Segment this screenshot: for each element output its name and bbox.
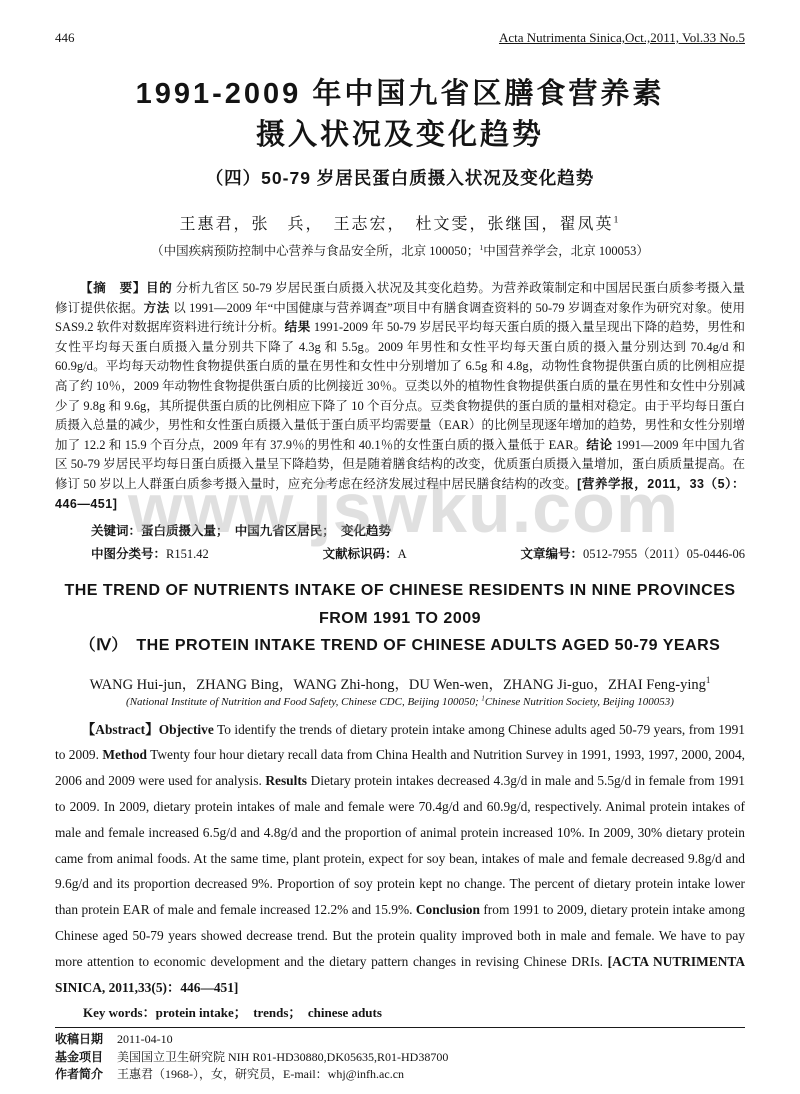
clc-number: 中图分类号：R151.42: [91, 544, 209, 562]
footnote-divider: [55, 1027, 745, 1028]
author-bio-value: 王惠君（1968-），女，研究员，E-mail：whj@infh.ac.cn: [117, 1067, 404, 1081]
article-title-en: THE TREND OF NUTRIENTS INTAKE OF CHINESE…: [55, 577, 745, 660]
abstract-cn-results-text: 1991-2009 年 50-79 岁居民平均每天蛋白质的摄入量呈现出下降的趋势…: [55, 320, 745, 452]
authors-en-names: WANG Hui-jun，ZHANG Bing，WANG Zhi-hong，DU…: [90, 677, 706, 693]
page-number: 446: [55, 30, 75, 46]
abstract-en-label: 【Abstract】: [82, 722, 159, 737]
keywords-cn-items: 蛋白质摄入量； 中国九省区居民； 变化趋势: [141, 524, 391, 538]
abstract-en-objective-head: Objective: [159, 722, 214, 737]
abstract-cn-objective-head: 目的: [146, 281, 172, 295]
article-title-en-line2: FROM 1991 TO 2009: [319, 610, 481, 627]
funding-value: 美国国立卫生研究院 NIH R01-HD30880,DK05635,R01-HD…: [117, 1050, 448, 1064]
authors-cn-superscript: 1: [614, 215, 621, 226]
abstract-cn-results-head: 结果: [285, 320, 311, 334]
clc-value: R151.42: [166, 547, 209, 561]
received-date-row: 收稿日期2011-04-10: [55, 1031, 745, 1048]
received-date-value: 2011-04-10: [117, 1032, 173, 1046]
keywords-cn: 关键词：蛋白质摄入量； 中国九省区居民； 变化趋势: [55, 521, 745, 539]
journal-title: Acta Nutrimenta Sinica,Oct.,2011, Vol.33…: [499, 30, 745, 46]
abstract-en-conclusion-head: Conclusion: [416, 902, 480, 917]
document-code-label: 文献标识码：: [323, 547, 398, 561]
article-number-label: 文章编号：: [520, 547, 583, 561]
document-page: www.jswku.com 446 Acta Nutrimenta Sinica…: [0, 0, 800, 1094]
abstract-en: 【Abstract】Objective To identify the tren…: [55, 717, 745, 1001]
keywords-cn-label: 关键词：: [91, 524, 141, 538]
clc-label: 中图分类号：: [91, 547, 166, 561]
keywords-en-label: Key words：: [83, 1005, 156, 1020]
authors-cn-names: 王惠君，张 兵， 王志宏， 杜文雯，张继国，翟凤英: [180, 216, 614, 233]
abstract-cn: 【摘 要】目的 分析九省区 50-79 岁居民蛋白质摄入状况及其变化趋势。为营养…: [55, 279, 745, 514]
affiliation-en-part1: (National Institute of Nutrition and Foo…: [126, 696, 481, 708]
affiliation-cn-part2: 中国营养学会，北京 100053）: [483, 244, 649, 258]
article-title-en-line1: THE TREND OF NUTRIENTS INTAKE OF CHINESE…: [64, 582, 735, 599]
affiliation-cn-part1: （中国疾病预防控制中心营养与食品安全所，北京 100050；: [151, 244, 479, 258]
article-title-en-line3: （Ⅳ） THE PROTEIN INTAKE TREND OF CHINESE …: [80, 637, 721, 654]
abstract-en-method-head: Method: [102, 747, 147, 762]
authors-cn: 王惠君，张 兵， 王志宏， 杜文雯，张继国，翟凤英1: [55, 211, 745, 234]
abstract-en-results-text: Dietary protein intakes decreased 4.3g/d…: [55, 773, 745, 917]
article-number-value: 0512-7955（2011）05-0446-06: [583, 547, 745, 561]
abstract-cn-label: 【摘 要】: [80, 281, 146, 295]
authors-en: WANG Hui-jun，ZHANG Bing，WANG Zhi-hong，DU…: [55, 673, 745, 694]
article-number: 文章编号：0512-7955（2011）05-0446-06: [520, 544, 745, 562]
author-bio-label: 作者简介: [55, 1067, 103, 1081]
footnote-block: 收稿日期2011-04-10 基金项目美国国立卫生研究院 NIH R01-HD3…: [55, 1031, 745, 1083]
article-title-cn: 1991-2009 年中国九省区膳食营养素 摄入状况及变化趋势: [55, 74, 745, 156]
keywords-en-items: protein intake； trends； chinese aduts: [156, 1005, 382, 1020]
document-code-value: A: [398, 547, 407, 561]
funding-row: 基金项目美国国立卫生研究院 NIH R01-HD30880,DK05635,R0…: [55, 1049, 745, 1066]
funding-label: 基金项目: [55, 1050, 103, 1064]
affiliation-en-part2: Chinese Nutrition Society, Beijing 10005…: [485, 696, 674, 708]
document-code: 文献标识码：A: [323, 544, 407, 562]
article-title-cn-line1: 1991-2009 年中国九省区膳食营养素: [136, 78, 665, 110]
author-bio-row: 作者简介王惠君（1968-），女，研究员，E-mail：whj@infh.ac.…: [55, 1066, 745, 1083]
abstract-en-results-head: Results: [265, 773, 307, 788]
authors-en-superscript: 1: [706, 675, 711, 685]
article-subtitle-cn: （四）50-79 岁居民蛋白质摄入状况及变化趋势: [55, 165, 745, 190]
running-header: 446 Acta Nutrimenta Sinica,Oct.,2011, Vo…: [55, 30, 745, 46]
classification-row: 中图分类号：R151.42 文献标识码：A 文章编号：0512-7955（201…: [55, 544, 745, 562]
abstract-cn-conclusion-head: 结论: [586, 438, 612, 452]
received-date-label: 收稿日期: [55, 1032, 103, 1046]
affiliation-cn: （中国疾病预防控制中心营养与食品安全所，北京 100050；1中国营养学会，北京…: [55, 241, 745, 259]
keywords-en: Key words：protein intake； trends； chines…: [55, 1002, 745, 1021]
article-title-cn-line2: 摄入状况及变化趋势: [256, 119, 544, 151]
abstract-cn-method-head: 方法: [144, 301, 170, 315]
affiliation-en: (National Institute of Nutrition and Foo…: [55, 696, 745, 708]
